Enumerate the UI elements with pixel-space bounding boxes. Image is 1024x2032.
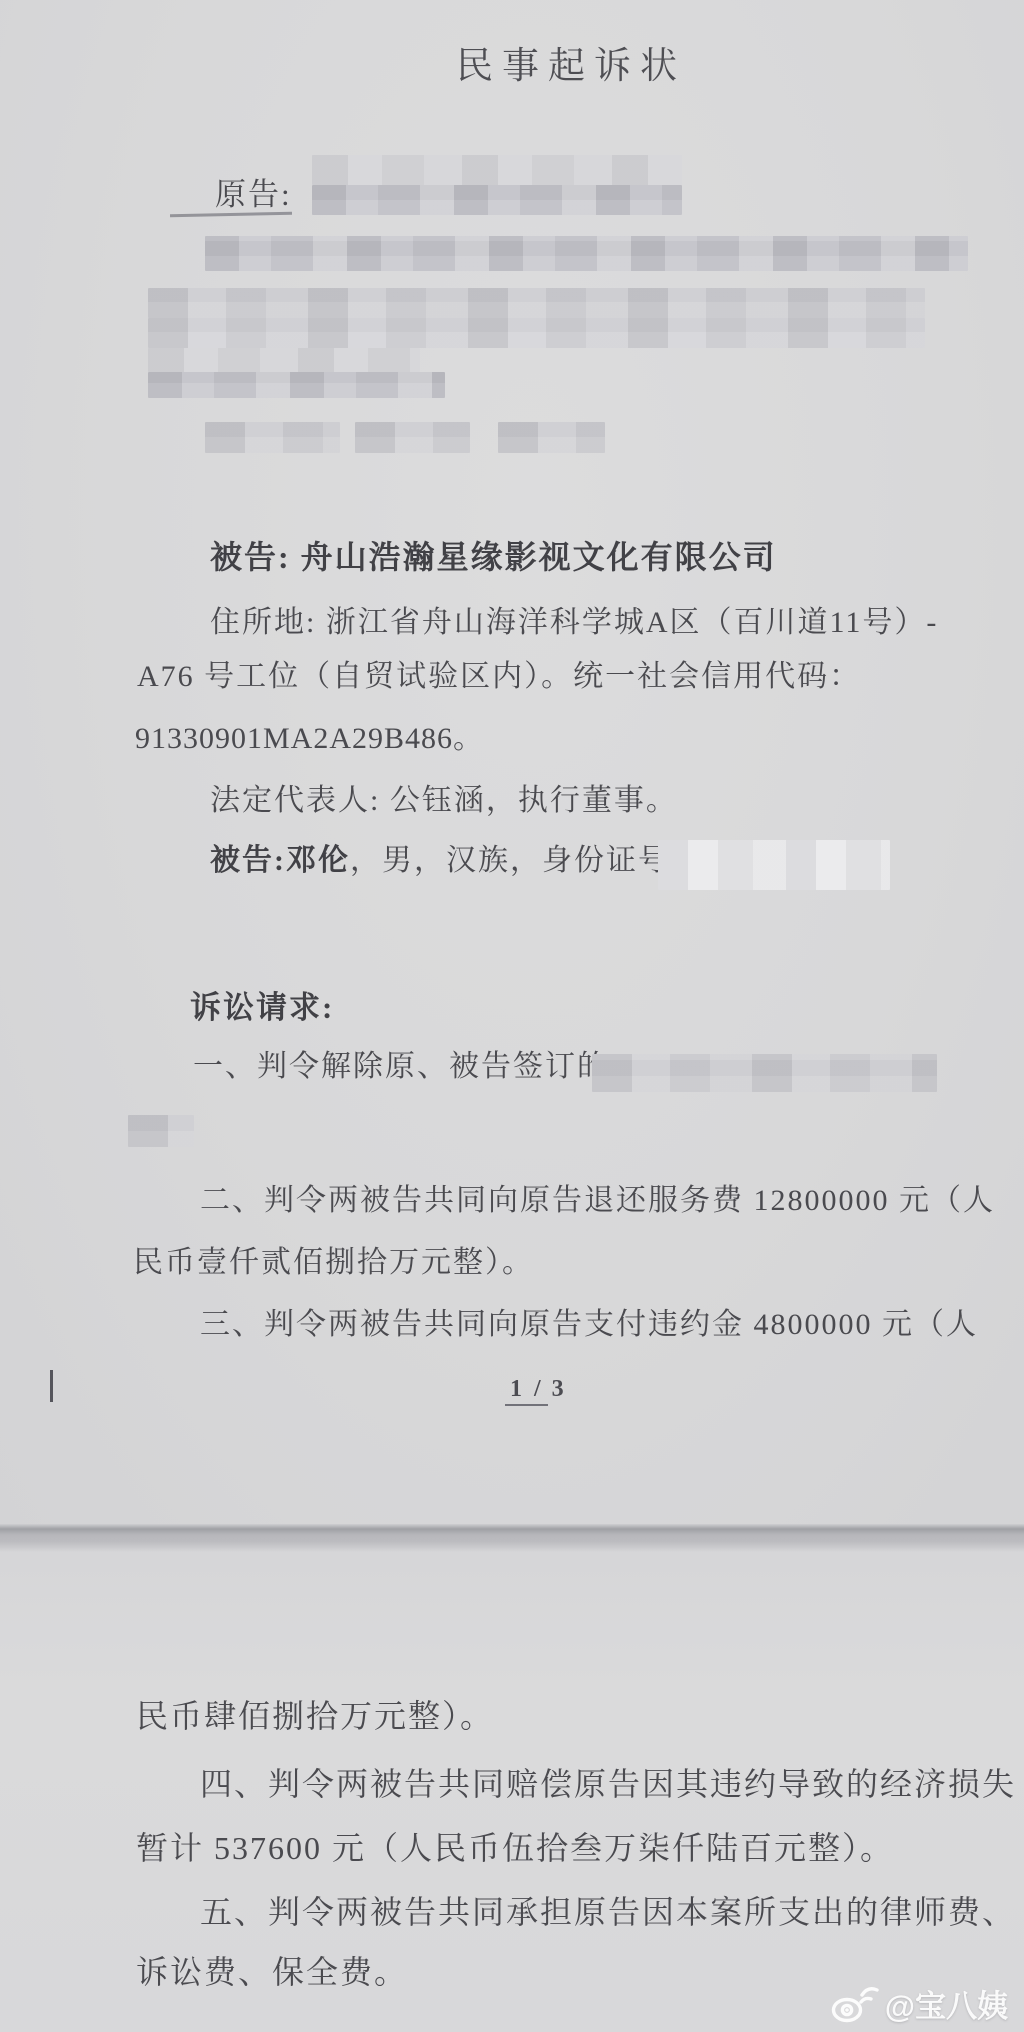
claim-2-line-1: 二、判令两被告共同向原告退还服务费 12800000 元（人	[200, 1186, 995, 1216]
legal-rep-line: 法定代表人: 公钰涵，执行董事。	[210, 786, 678, 816]
redacted-plaintiff-name-top	[312, 155, 682, 185]
page-number-current: 1	[505, 1376, 529, 1406]
claim-2-line-2: 民币壹仟贰佰捌拾万元整）。	[133, 1248, 534, 1278]
claim-5-line-1: 五、判令两被告共同承担原告因本案所支出的律师费、	[200, 1896, 1016, 1928]
plaintiff-label: 原告:	[215, 179, 292, 210]
claim-4-line-1: 四、判令两被告共同赔偿原告因其违约导致的经济损失	[200, 1768, 1016, 1800]
credit-code-line: 91330901MA2A29B486。	[135, 724, 484, 754]
defendant-person-rest: ，男，汉族，身份证号码	[350, 844, 702, 877]
plaintiff-underline-mark	[170, 212, 292, 218]
claims-heading: 诉讼请求:	[190, 992, 334, 1023]
redacted-plaintiff-line-5	[148, 348, 420, 372]
page-number-separator: /	[529, 1376, 548, 1406]
claim-5-line-2: 诉讼费、保全费。	[136, 1956, 408, 1988]
defendant-person-label: 被告:邓伦	[210, 844, 350, 877]
address-line-2: A76 号工位（自贸试验区内）。统一社会信用代码：	[137, 662, 861, 692]
claim-3-line-2: 民币肆佰捌拾万元整）。	[136, 1700, 494, 1732]
weibo-logo-icon	[831, 1982, 879, 2024]
page-number: 1/3	[505, 1376, 566, 1403]
redacted-plaintiff-name-bottom	[312, 185, 682, 215]
redacted-plaintiff-line-7b	[355, 422, 470, 453]
redacted-plaintiff-line-3	[148, 288, 925, 318]
redacted-plaintiff-line-4	[148, 318, 925, 348]
photo-seam-divider	[0, 1524, 1024, 1552]
stray-tick-mark	[50, 1370, 53, 1402]
claim-4-line-2: 暂计 537600 元（人民币伍拾叁万柒仟陆百元整）。	[136, 1832, 894, 1864]
claim-1-line: 一、判令解除原、被告签订的	[193, 1052, 609, 1082]
document-page-1: 民事起诉状 原告: 被告: 舟山浩瀚星缘影视文化有限公司 住所地: 浙江省舟山海…	[0, 0, 1024, 1528]
document-title: 民事起诉状	[456, 48, 686, 85]
address-line-1: 住所地: 浙江省舟山海洋科学城A区（百川道11号）-	[210, 608, 938, 638]
watermark-handle: @宝八姨	[885, 1981, 1008, 2026]
redacted-plaintiff-line-7a	[205, 422, 340, 453]
page-number-total: 3	[548, 1376, 566, 1402]
redacted-plaintiff-line-7c	[498, 422, 605, 453]
claim-3-line-1: 三、判令两被告共同向原告支付违约金 4800000 元（人	[200, 1310, 978, 1340]
weibo-watermark: @宝八姨	[831, 1982, 1008, 2024]
document-page-2: 民币肆佰捌拾万元整）。 四、判令两被告共同赔偿原告因其违约导致的经济损失 暂计 …	[0, 1552, 1024, 2032]
redacted-id-number	[658, 840, 890, 890]
screenshot-root: 民事起诉状 原告: 被告: 舟山浩瀚星缘影视文化有限公司 住所地: 浙江省舟山海…	[0, 0, 1024, 2032]
redacted-contract-name	[592, 1054, 937, 1092]
redacted-plaintiff-line-6	[148, 372, 445, 398]
redacted-contract-name-cont	[128, 1115, 194, 1147]
redacted-plaintiff-line-2	[205, 236, 968, 271]
defendant-company-line: 被告: 舟山浩瀚星缘影视文化有限公司	[210, 541, 777, 573]
